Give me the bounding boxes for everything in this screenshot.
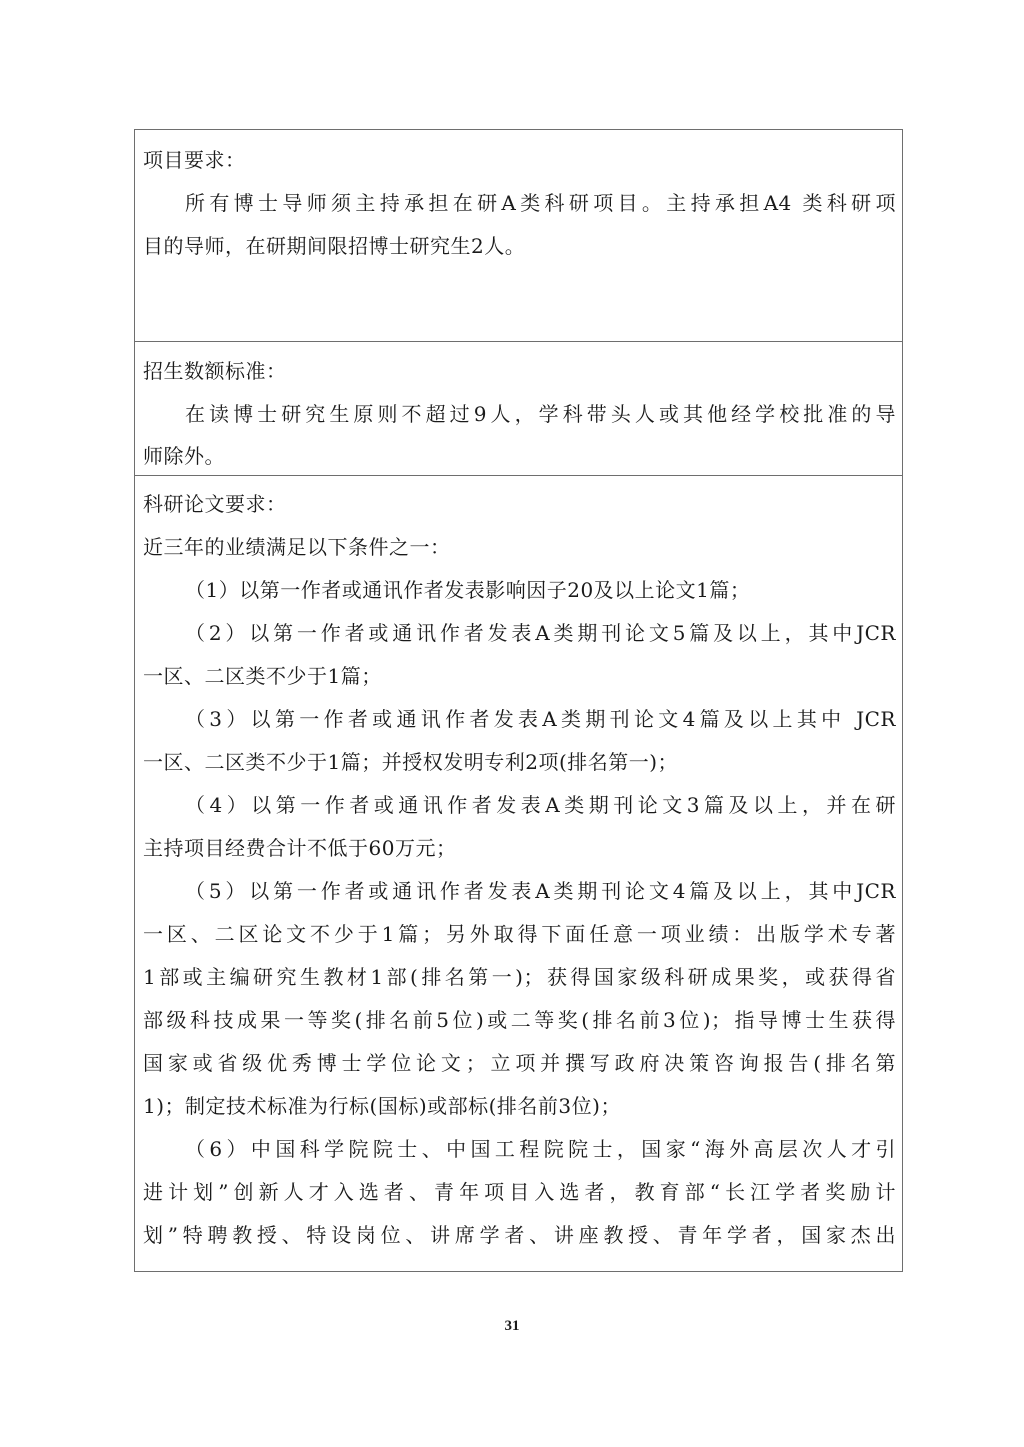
- condition-5-cont: 一区、二区论文不少于1篇；另外取得下面任意一项业绩：出版学术专著: [143, 922, 896, 946]
- intro-line: 近三年的业绩满足以下条件之一：: [143, 535, 896, 559]
- section-project-requirements: 项目要求： 所有博士导师须主持承担在研A类科研项目。主持承担A4 类科研项 目的…: [135, 130, 902, 342]
- section-title: 招生数额标准：: [143, 359, 896, 383]
- paragraph-line: 师除外。: [143, 444, 896, 468]
- condition-5-cont: 国家或省级优秀博士学位论文；立项并撰写政府决策咨询报告(排名第: [143, 1051, 896, 1075]
- requirements-table: 项目要求： 所有博士导师须主持承担在研A类科研项目。主持承担A4 类科研项 目的…: [134, 129, 903, 1272]
- page-number: 31: [0, 1318, 1024, 1335]
- condition-4-cont: 主持项目经费合计不低于60万元；: [143, 836, 896, 860]
- condition-5-cont: 部级科技成果一等奖(排名前5位)或二等奖(排名前3位)；指导博士生获得: [143, 1008, 896, 1032]
- paragraph-line: 所有博士导师须主持承担在研A类科研项目。主持承担A4 类科研项: [185, 191, 896, 215]
- condition-6: （6）中国科学院院士、中国工程院院士，国家“海外高层次人才引: [185, 1137, 896, 1161]
- condition-5: （5）以第一作者或通讯作者发表A类期刊论文4篇及以上，其中JCR: [185, 879, 896, 903]
- condition-3: （3）以第一作者或通讯作者发表A类期刊论文4篇及以上其中 JCR: [185, 707, 896, 731]
- condition-2-cont: 一区、二区类不少于1篇；: [143, 664, 896, 688]
- condition-5-cont: 1)；制定技术标准为行标(国标)或部标(排名前3位)；: [143, 1094, 896, 1118]
- section-research-paper-requirements: 科研论文要求： 近三年的业绩满足以下条件之一： （1）以第一作者或通讯作者发表影…: [135, 476, 902, 1271]
- condition-3-cont: 一区、二区类不少于1篇；并授权发明专利2项(排名第一)；: [143, 750, 896, 774]
- condition-6-cont: 划”特聘教授、特设岗位、讲席学者、讲座教授、青年学者，国家杰出: [143, 1223, 896, 1247]
- section-title: 项目要求：: [143, 148, 896, 172]
- condition-4: （4）以第一作者或通讯作者发表A类期刊论文3篇及以上，并在研: [185, 793, 896, 817]
- condition-1: （1）以第一作者或通讯作者发表影响因子20及以上论文1篇；: [185, 578, 896, 602]
- condition-5-cont: 1部或主编研究生教材1部(排名第一)；获得国家级科研成果奖，或获得省: [143, 965, 896, 989]
- condition-2: （2）以第一作者或通讯作者发表A类期刊论文5篇及以上，其中JCR: [185, 621, 896, 645]
- condition-6-cont: 进计划”创新人才入选者、青年项目入选者，教育部“长江学者奖励计: [143, 1180, 896, 1204]
- section-title: 科研论文要求：: [143, 492, 896, 516]
- paragraph-line: 目的导师，在研期间限招博士研究生2人。: [143, 234, 896, 258]
- section-enrollment-quota: 招生数额标准： 在读博士研究生原则不超过9人，学科带头人或其他经学校批准的导 师…: [135, 342, 902, 476]
- paragraph-line: 在读博士研究生原则不超过9人，学科带头人或其他经学校批准的导: [185, 402, 896, 426]
